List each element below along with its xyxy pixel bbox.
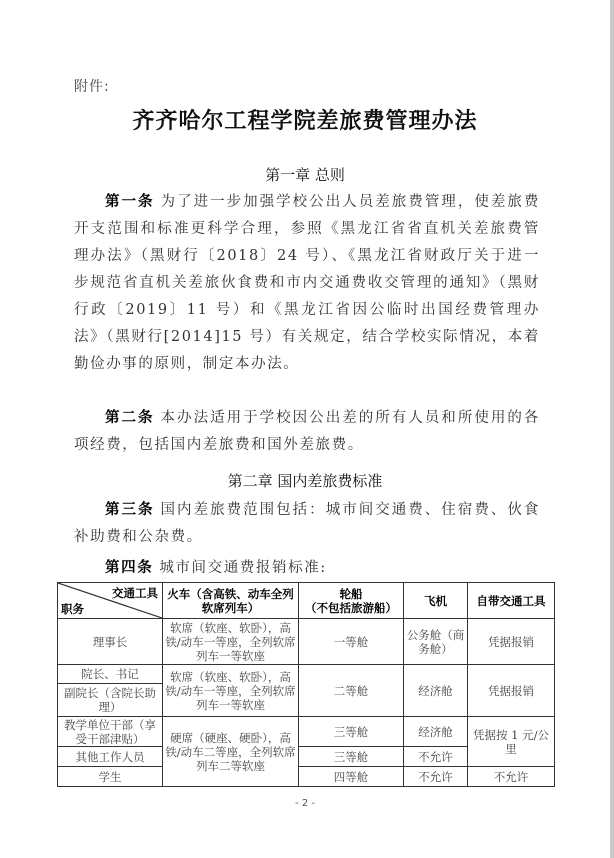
cell-ship: 一等舱 [299, 619, 404, 665]
article-1-lead: 第一条 [105, 194, 155, 210]
document-title: 齐齐哈尔工程学院差旅费管理办法 [0, 104, 610, 135]
cell-plane: 经济舱 [404, 717, 468, 747]
cell-train: 硬席（硬座、硬卧），高铁/动车二等座，全列软席列车二等软座 [163, 717, 299, 787]
cell-train: 软席（软座、软卧），高铁/动车一等座，全列软席列车一等软座 [163, 619, 299, 665]
article-3: 第三条国内差旅费范围包括：城市间交通费、住宿费、伙食补助费和公杂费。 [74, 497, 540, 551]
page-number: - 2 - [0, 798, 610, 809]
cell-plane: 经济舱 [404, 665, 468, 717]
cell-position: 理事长 [58, 619, 163, 665]
attachment-label: 附件: [74, 76, 110, 96]
travel-fee-table: 交通工具 职务 火车（含高铁、动车全列软席列车） 轮船 （不包括旅游船） 飞机 … [57, 582, 555, 787]
table-row: 理事长 软席（软座、软卧），高铁/动车一等座，全列软席列车一等软座 一等舱 公务… [58, 619, 555, 665]
cell-position: 院长、书记 [58, 665, 163, 684]
article-1: 第一条为了进一步加强学校公出人员差旅费管理，使差旅费开支范围和标准更科学合理，参… [74, 189, 540, 378]
chapter-2-heading: 第二章 国内差旅费标准 [0, 470, 610, 491]
article-4: 第四条城市间交通费报销标准: [74, 557, 540, 579]
chapter-1-heading: 第一章 总则 [0, 164, 610, 185]
cell-position: 教学单位干部（享受干部津贴） [58, 717, 163, 747]
article-3-lead: 第三条 [105, 502, 155, 518]
article-2-lead: 第二条 [105, 410, 155, 426]
cell-plane: 不允许 [404, 767, 468, 787]
cell-ship: 三等舱 [299, 747, 404, 767]
cell-position: 副院长（含院长助理） [58, 684, 163, 717]
cell-own-vehicle: 凭据按 1 元/公里 [468, 717, 555, 767]
cell-own-vehicle: 凭据报销 [468, 665, 555, 717]
corner-header-cell: 交通工具 职务 [58, 583, 163, 619]
header-transport-label: 交通工具 [112, 586, 158, 600]
cell-ship: 三等舱 [299, 717, 404, 747]
cell-ship: 二等舱 [299, 665, 404, 717]
cell-own-vehicle: 不允许 [468, 767, 555, 787]
cell-own-vehicle: 凭据报销 [468, 619, 555, 665]
header-train: 火车（含高铁、动车全列软席列车） [163, 583, 299, 619]
header-ship: 轮船 （不包括旅游船） [299, 583, 404, 619]
cell-position: 学生 [58, 767, 163, 787]
article-2: 第二条本办法适用于学校因公出差的所有人员和所使用的各项经费，包括国内差旅费和国外… [74, 405, 540, 459]
table-row: 院长、书记 软席（软座、软卧），高铁/动车一等座，全列软席列车一等软座 二等舱 … [58, 665, 555, 684]
table-row: 教学单位干部（享受干部津贴） 硬席（硬座、硬卧），高铁/动车二等座，全列软席列车… [58, 717, 555, 747]
cell-plane: 不允许 [404, 747, 468, 767]
header-plane: 飞机 [404, 583, 468, 619]
vertical-scrollbar[interactable] [610, 0, 614, 858]
cell-ship: 四等舱 [299, 767, 404, 787]
document-page: 附件: 齐齐哈尔工程学院差旅费管理办法 第一章 总则 第一条为了进一步加强学校公… [0, 0, 610, 858]
header-own-vehicle: 自带交通工具 [468, 583, 555, 619]
table-row: 学生 四等舱 不允许 不允许 [58, 767, 555, 787]
article-4-text: 城市间交通费报销标准: [159, 560, 326, 576]
cell-position: 其他工作人员 [58, 747, 163, 767]
article-4-lead: 第四条 [105, 560, 153, 576]
cell-train: 软席（软座、软卧），高铁/动车一等座，全列软席列车一等软座 [163, 665, 299, 717]
table-header-row: 交通工具 职务 火车（含高铁、动车全列软席列车） 轮船 （不包括旅游船） 飞机 … [58, 583, 555, 619]
header-position-label: 职务 [61, 602, 84, 616]
article-1-text: 为了进一步加强学校公出人员差旅费管理，使差旅费开支范围和标准更科学合理，参照《黑… [74, 194, 540, 372]
cell-plane: 公务舱（商务舱） [404, 619, 468, 665]
